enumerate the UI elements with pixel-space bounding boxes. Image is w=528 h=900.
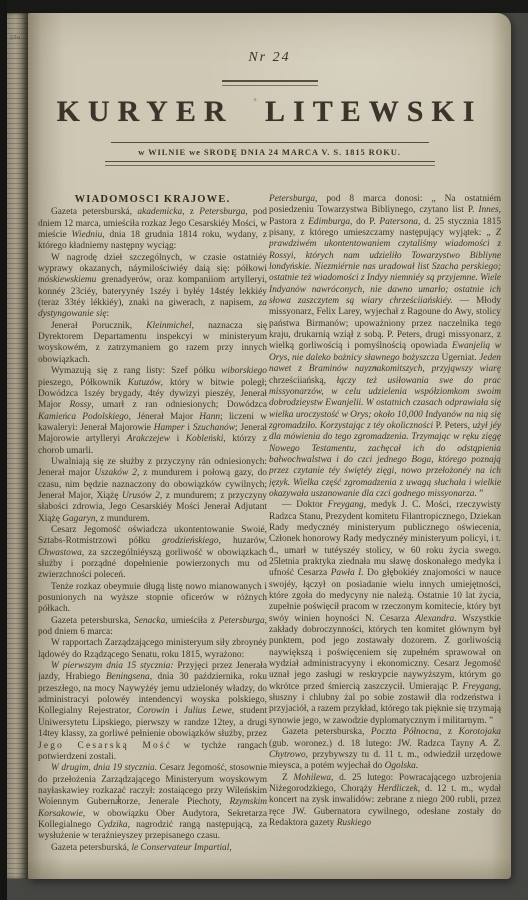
text-run: : xyxy=(106,309,109,319)
text-run: W rapportach Zarządzającego ministeryum … xyxy=(38,638,267,659)
text-run: Senacka xyxy=(134,616,165,626)
text-run: Tenże rozkaz obeymuie długą listę nowo m… xyxy=(38,582,267,615)
paragraph: Gazeta petersburska, Poczta Północna, z … xyxy=(269,727,501,772)
text-run: Chwastowa xyxy=(38,548,82,558)
text-run: Innes xyxy=(478,205,498,215)
text-run: Alexandra xyxy=(415,614,454,624)
text-run: le Conservateur Impartial xyxy=(131,843,229,853)
text-run: Korotojaka xyxy=(459,727,501,737)
text-run: pieszego, Półkownik xyxy=(38,378,128,388)
text-run: Z xyxy=(282,773,294,783)
masthead-rule xyxy=(222,80,318,86)
text-run: Wiedniu xyxy=(72,230,103,240)
dateline-rule-bottom xyxy=(105,161,435,166)
text-run: Rossy xyxy=(69,400,91,410)
paragraph: Wymazują się z rang listy: Szef półku wi… xyxy=(38,366,267,457)
paragraph: Gazeta petersburska, Senacka, umieściła … xyxy=(38,616,267,639)
text-run: użył jéy dla mówienia do tego zgromadzen… xyxy=(269,421,501,499)
text-run: . Wszystkie zakłady dobroczynności, któr… xyxy=(269,614,501,692)
text-run: Jenerał Porucznik, xyxy=(51,321,146,331)
text-run: Kamieńca Podolskiego xyxy=(38,412,129,422)
text-run: , xyxy=(229,843,231,853)
signature-mark: 1 xyxy=(116,794,121,805)
text-run: Ruskiego xyxy=(337,818,371,828)
text-run: Beningsena xyxy=(106,672,150,682)
newspaper-page: Nr 24 KURYER LITEWSKI w WILNIE we SRODĘ … xyxy=(28,13,511,879)
gutter-note: 55u xyxy=(10,35,21,42)
text-run: ” xyxy=(477,489,484,499)
text-run: , huzarów, xyxy=(219,536,267,546)
scan-top-shadow xyxy=(0,0,528,13)
text-run: Mohilewa xyxy=(294,773,332,783)
text-run: — Doktor xyxy=(282,500,328,510)
text-run: , z xyxy=(182,207,199,217)
paragraph: Cesarz Jegomość oświadcza ukontentowanie… xyxy=(38,525,267,582)
section-heading: WIADOMOŚCI KRAJOWE. xyxy=(38,194,267,205)
text-run: Hann xyxy=(199,412,220,422)
text-run: Gazeta petersburska, xyxy=(51,616,134,626)
text-run: Kutuzów xyxy=(128,378,161,388)
dateline-rule-top xyxy=(111,142,429,143)
scanned-newspaper-view: { "colors": { "surround": "#454542", "to… xyxy=(0,0,528,900)
text-run: Gazeta petersburská, xyxy=(51,843,131,853)
text-run: Ugerniat. xyxy=(439,353,479,363)
text-run: Wymazują się z rang listy: Szef półku xyxy=(51,366,221,376)
text-run: Pawła I. xyxy=(331,568,364,578)
book-spine-edge xyxy=(0,0,7,900)
text-run: Kleinmichel xyxy=(146,321,191,331)
text-run: Edimburga xyxy=(308,217,350,227)
text-run: Uszaków 2 xyxy=(94,468,137,478)
paragraph: W nagrodę dzieł szczególnych, w czasie o… xyxy=(38,253,267,321)
text-run: , do P. xyxy=(350,217,379,227)
text-run: Gazeta petersburska, xyxy=(282,727,371,737)
text-run: i xyxy=(169,706,183,716)
paragraph: W drugim, dnia 19 stycznia. Cesarz Jegom… xyxy=(38,763,267,842)
previous-page-edge: 55u xyxy=(7,13,28,879)
text-run: Jego Cesarską Mość xyxy=(38,741,172,751)
dateline: w WILNIE we SRODĘ DNIA 24 MARCA V. S. 18… xyxy=(28,147,511,157)
paragraph: Gazeta petersburská, le Conservateur Imp… xyxy=(38,843,267,854)
paragraph: W pierwszym dnia 15 stycznia: Przyjęci p… xyxy=(38,661,267,763)
paragraph: Tenże rozkaz obeymuie długą listę nowo m… xyxy=(38,582,267,616)
text-run: W pierwszym dnia 15 stycznia: xyxy=(51,661,173,671)
text-run: grodzieńskiego xyxy=(162,536,218,546)
text-run: Freygang xyxy=(328,500,364,510)
text-run: Gazeta petersburská, xyxy=(51,207,137,217)
paragraph: Uwalniają się ze służby z przyczyny rán … xyxy=(38,457,267,525)
text-run: Z prawdziwém ukontentowaniem czytaliśmy … xyxy=(269,228,501,306)
text-run: Gagaryn xyxy=(62,514,95,524)
text-run: Julius Lewe xyxy=(184,706,232,716)
paragraph: W rapportach Zarządzającego ministeryum … xyxy=(38,638,267,661)
text-run: i xyxy=(170,434,186,444)
text-run: Petersburga xyxy=(269,194,315,204)
text-run: Arakczejew xyxy=(127,434,170,444)
text-run: Herdliczek xyxy=(378,784,418,794)
paragraph: Petersburga, pod 8 marca donosi: „ Na os… xyxy=(269,194,501,500)
left-column: WIADOMOŚCI KRAJOWE. Gazeta petersburská,… xyxy=(38,194,267,872)
masthead: Nr 24 KURYER LITEWSKI w WILNIE we SRODĘ … xyxy=(28,13,511,166)
text-run: , Jénerał Major xyxy=(129,412,200,422)
text-run: Cydzika xyxy=(97,820,127,830)
text-run: , z xyxy=(439,727,459,737)
text-run: W nagrodę dzieł szczególnych, w czasie o… xyxy=(38,253,267,274)
paragraph: — Doktor Freygang, medyk J. C. Mości, rz… xyxy=(269,500,501,727)
text-run: Urusów 2 xyxy=(122,491,160,501)
text-run: Patersona xyxy=(379,217,418,227)
text-run: chrześciiańską, xyxy=(269,376,337,386)
text-run: móskiewskiemu xyxy=(38,275,96,285)
text-run: Ogolska. xyxy=(385,761,419,771)
text-run: (gub. woronez.) d. 18 lutego: JW. Radzca… xyxy=(269,739,480,749)
text-run: Petersburga xyxy=(199,207,245,217)
text-run: wiborskiego xyxy=(221,366,267,376)
paragraph: Z Mohilewa, d. 25 lutego: Powracającego … xyxy=(269,773,501,830)
text-run: Freygang xyxy=(463,682,499,692)
text-run: akademicka xyxy=(137,207,182,217)
issue-number: Nr 24 xyxy=(28,50,511,66)
text-run: Corowin xyxy=(137,706,169,716)
text-run: W drugim, dnia 19 stycznia. xyxy=(51,763,157,773)
text-run: Szuchanów xyxy=(193,423,235,433)
right-column: Petersburga, pod 8 marca donosi: „ Na os… xyxy=(269,194,501,872)
text-run: , umieściła z xyxy=(165,616,218,626)
text-run: , medyk J. C. Mości, rzeczywisty Radzca … xyxy=(269,500,501,578)
text-run: , z mundurem. xyxy=(96,514,150,524)
paragraph: Jenerał Porucznik, Kleinmichel, naznacza… xyxy=(38,321,267,366)
text-run: Kobleński xyxy=(186,434,224,444)
text-run: , umarł z ran odniesionych; Dowódzca xyxy=(91,400,267,410)
text-run: P. Peters, xyxy=(433,421,472,431)
newspaper-title: KURYER LITEWSKI xyxy=(28,95,511,129)
text-run: Petersburga xyxy=(219,616,265,626)
text-run: Hamper xyxy=(154,423,185,433)
text-run: i xyxy=(185,423,193,433)
text-run: Poczta Północna xyxy=(371,727,439,737)
paragraph: Gazeta petersburská, akademicka, z Peter… xyxy=(38,207,267,252)
